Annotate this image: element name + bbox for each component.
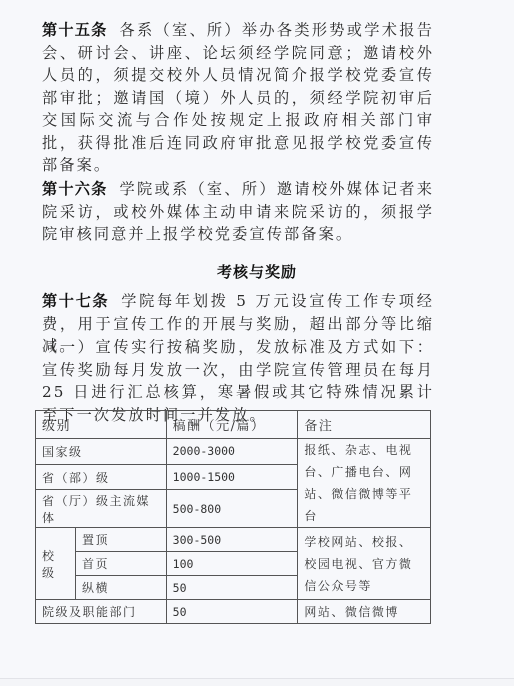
level-cell: 国家级 <box>36 439 167 465</box>
article-16: 第十六条学院或系（室、所）邀请校外媒体记者来院采访，或校外媒体主动申请来院采访的… <box>42 178 434 246</box>
sublevel-cell: 首页 <box>75 552 166 576</box>
level-cell: 省（部）级 <box>36 464 167 490</box>
level-cell: 省（厅）级主流媒体 <box>36 490 167 528</box>
level-cell: 院级及职能部门 <box>36 600 167 624</box>
article-label: 第十五条 <box>42 21 108 39</box>
fee-cell: 500-800 <box>166 490 298 528</box>
header-fee: 稿酬（元/篇） <box>166 411 298 439</box>
note-cell: 网站、微信微博 <box>298 600 431 624</box>
article-15: 第十五条各系（室、所）举办各类形势或学术报告会、研讨会、讲座、论坛须经学院同意；… <box>42 19 434 177</box>
table-row: 校级 置顶 300-500 学校网站、校报、校园电视、官方微信公众号等 <box>36 528 431 552</box>
article-text: 各系（室、所）举办各类形势或学术报告会、研讨会、讲座、论坛须经学院同意；邀请校外… <box>42 21 434 174</box>
table-row: 国家级 2000-3000 报纸、杂志、电视台、广播电台、网站、微信微博等平台 <box>36 439 431 465</box>
table-header-row: 级别 稿酬（元/篇） 备注 <box>36 411 431 439</box>
table-row: 院级及职能部门 50 网站、微信微博 <box>36 600 431 624</box>
fee-cell: 100 <box>166 552 298 576</box>
fee-cell: 300-500 <box>166 528 298 552</box>
note-cell: 学校网站、校报、校园电视、官方微信公众号等 <box>298 528 431 600</box>
sublevel-cell: 置顶 <box>75 528 166 552</box>
fee-cell: 50 <box>166 576 298 600</box>
article-label: 第十六条 <box>42 180 108 198</box>
fee-cell: 50 <box>166 600 298 624</box>
header-note: 备注 <box>298 411 431 439</box>
header-level: 级别 <box>36 411 167 439</box>
sublevel-cell: 纵横 <box>75 576 166 600</box>
note-cell: 报纸、杂志、电视台、广播电台、网站、微信微博等平台 <box>298 439 431 528</box>
fee-cell: 2000-3000 <box>166 439 298 465</box>
fee-cell: 1000-1500 <box>166 464 298 490</box>
reward-table: 级别 稿酬（元/篇） 备注 国家级 2000-3000 报纸、杂志、电视台、广播… <box>35 410 431 624</box>
level-cell-school: 校级 <box>36 528 76 600</box>
section-heading: 考核与奖励 <box>0 261 514 282</box>
article-label: 第十七条 <box>42 292 109 310</box>
document-page: 第十五条各系（室、所）举办各类形势或学术报告会、研讨会、讲座、论坛须经学院同意；… <box>0 0 514 679</box>
